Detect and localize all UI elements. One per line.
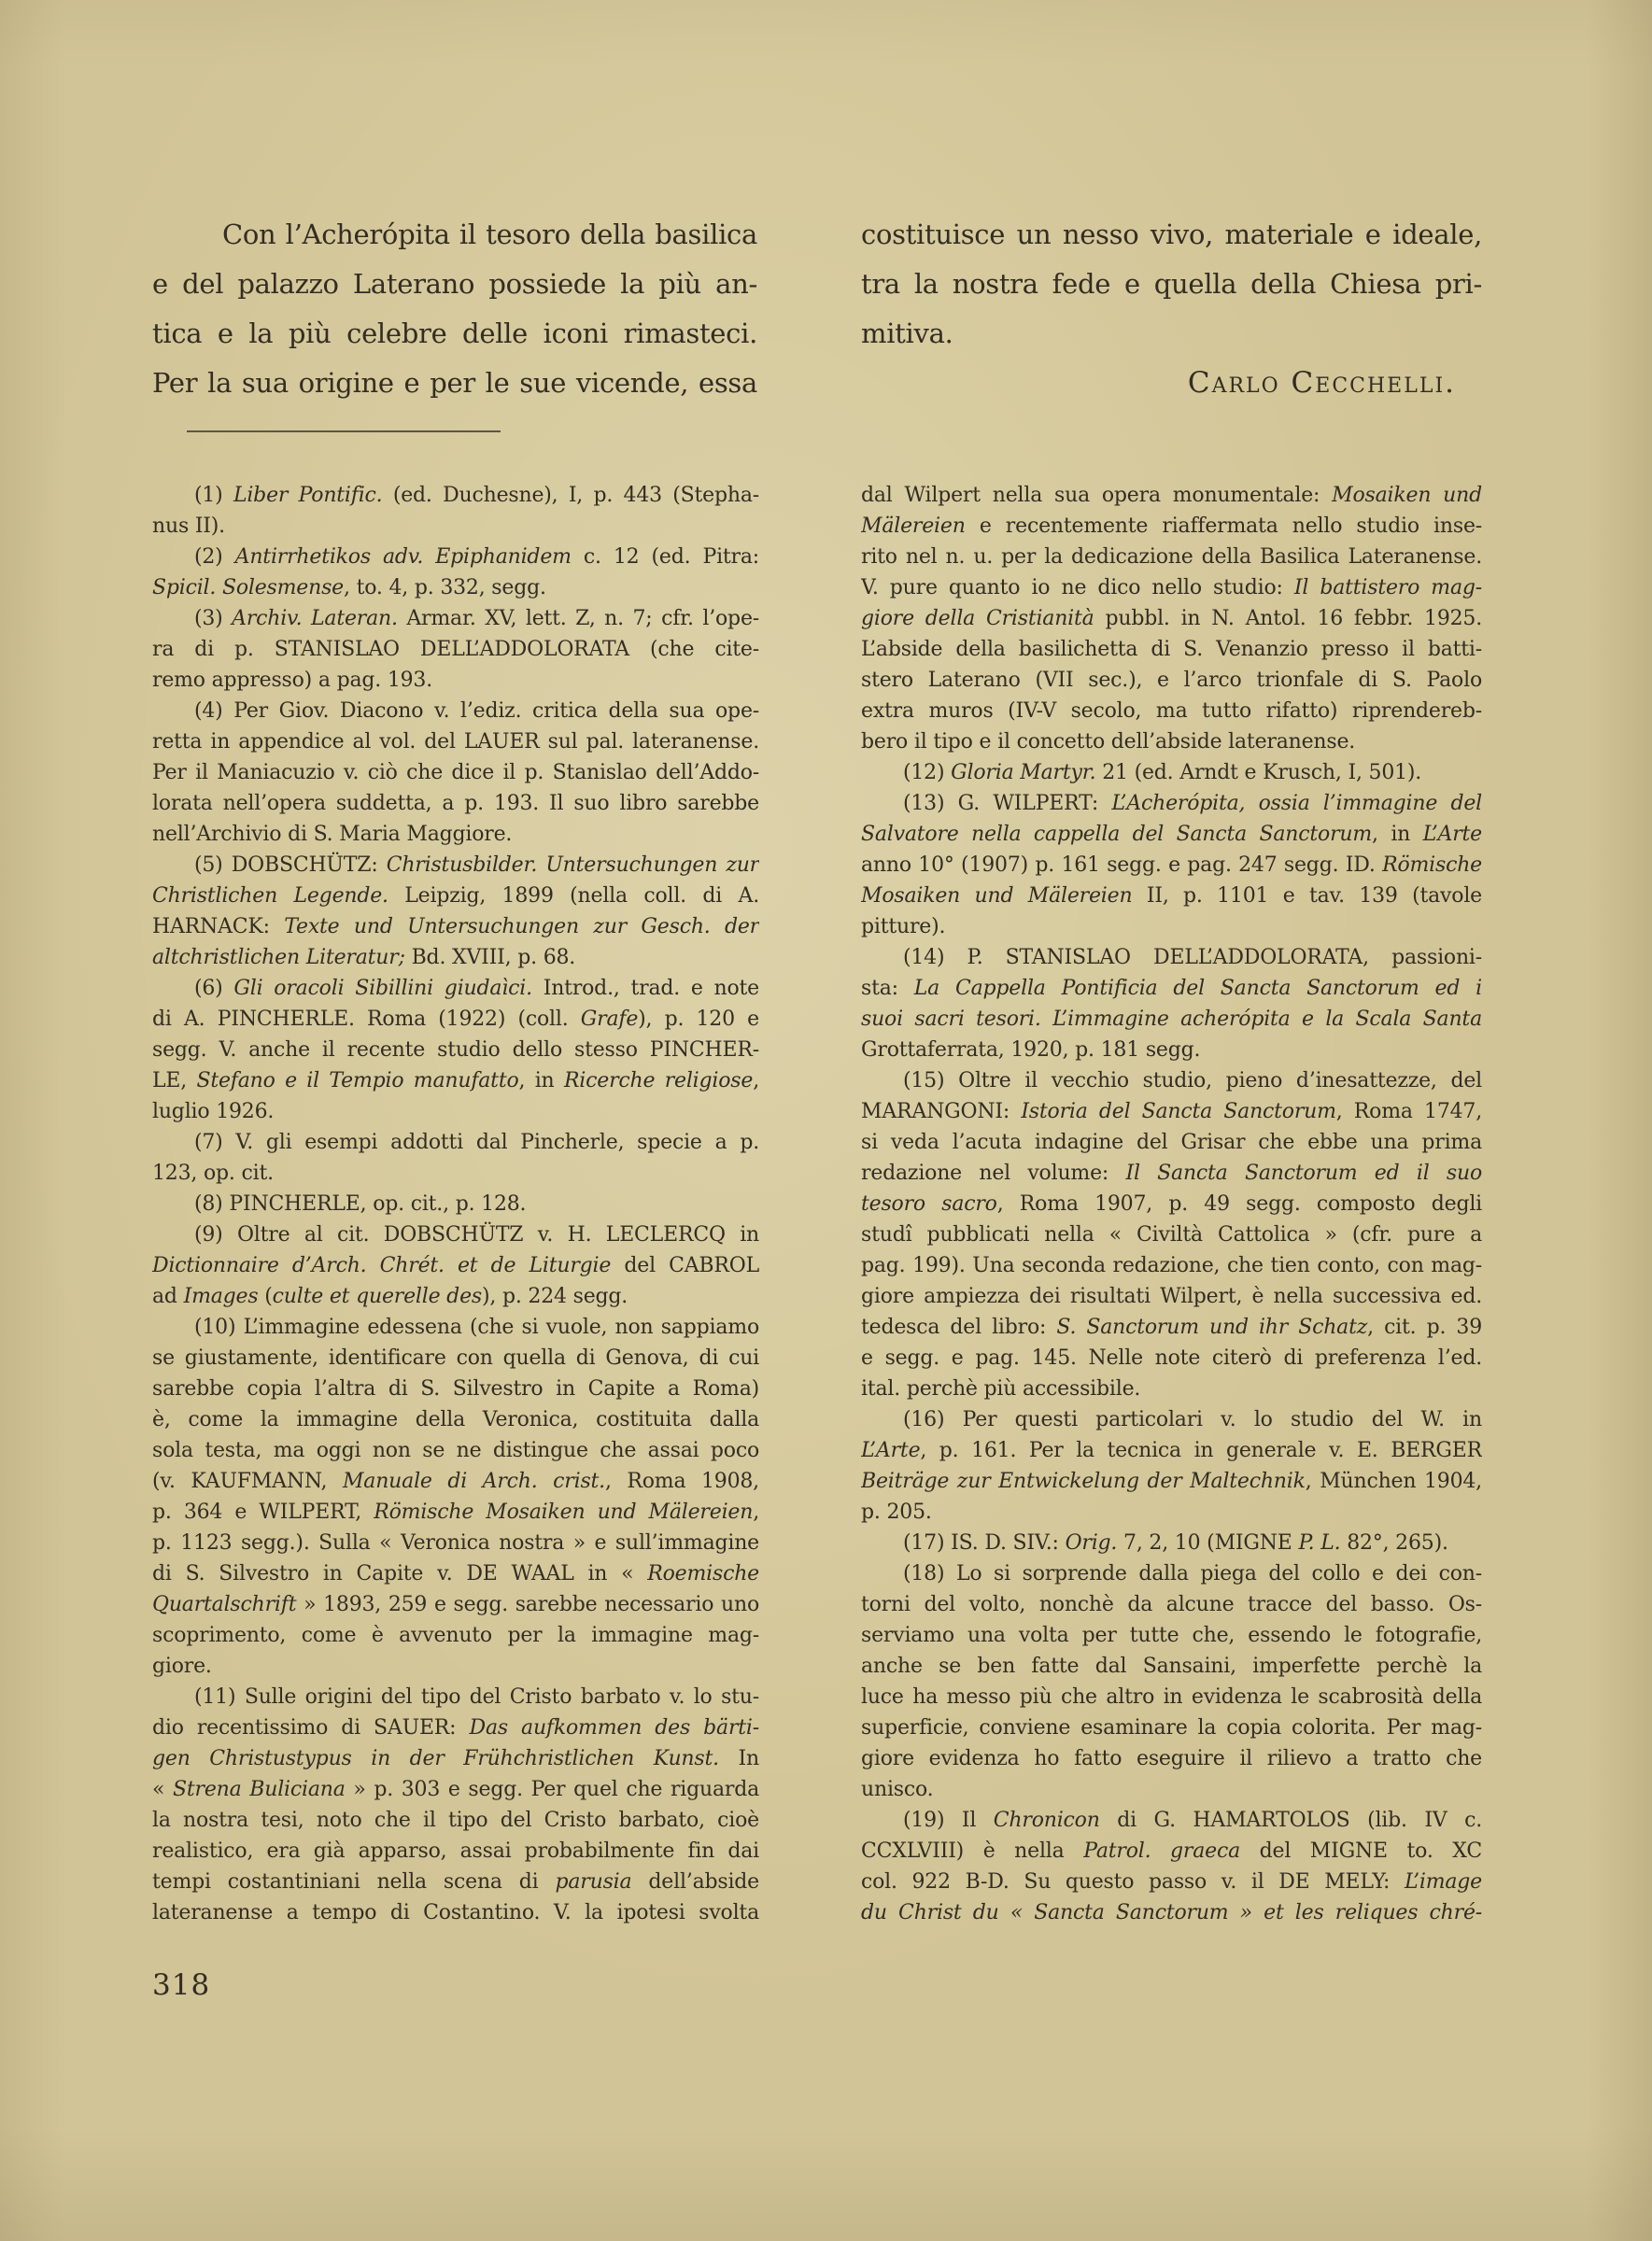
text-segment: sola testa, ma oggi non se ne distingue … — [152, 1439, 759, 1462]
footnote-line: (13) G. WILPERT: L’Acherópita, ossia l’i… — [861, 788, 1482, 819]
text-segment: (3) — [194, 607, 232, 630]
text-segment: Il Sancta Sanctorum ed il suo — [1125, 1162, 1482, 1185]
footnote-line: redazione nel volume: Il Sancta Sanctoru… — [861, 1158, 1482, 1189]
footnote-line: e segg. e pag. 145. Nelle note citerò di… — [861, 1343, 1482, 1374]
text-segment: scoprimento, come è avvenuto per la imma… — [152, 1624, 759, 1647]
footnote-line: giore ampiezza dei risultati Wilpert, è … — [861, 1281, 1482, 1312]
text-segment: gen Christustypus in der Frühchristliche… — [152, 1747, 719, 1770]
footnote-line: superficie, conviene esaminare la copia … — [861, 1712, 1482, 1743]
text-segment: col. 922 B-D. Su questo passo v. il DE M… — [861, 1870, 1405, 1894]
footnote-line: p. 1123 segg.). Sulla « Veronica nostra … — [152, 1528, 759, 1558]
footnote-line: di S. Silvestro in Capite v. DE WAAL in … — [152, 1558, 759, 1589]
text-segment: Orig. — [1066, 1531, 1118, 1555]
text-segment: Das aufkommen des bärti- — [470, 1716, 760, 1740]
footnote: (1) Liber Pontific. (ed. Duchesne), I, p… — [152, 480, 759, 542]
footnote-line: tedesca del libro: S. Sanctorum und ihr … — [861, 1312, 1482, 1343]
text-segment: Christusbilder. Untersuchungen zur — [387, 853, 759, 877]
footnote-line: (5) DOBSCHÜTZ: Christusbilder. Untersuch… — [152, 850, 759, 881]
footnote-line: studî pubblicati nella « Civiltà Cattoli… — [861, 1219, 1482, 1250]
text-segment: (8) PINCHERLE, op. cit., p. 128. — [194, 1192, 526, 1216]
text-segment: superficie, conviene esaminare la copia … — [861, 1716, 1482, 1740]
footnote-line: di A. PINCHERLE. Roma (1922) (coll. Graf… — [152, 1004, 759, 1035]
text-segment: di G. HAMARTOLOS (lib. IV c. — [1100, 1809, 1482, 1832]
text-segment: 21 (ed. Arndt e Krusch, I, 501). — [1095, 761, 1421, 784]
text-segment: Leipzig, 1899 (nella coll. di A. — [388, 884, 759, 908]
text-segment: « — [152, 1778, 173, 1801]
footnote-line: ad Images (culte et querelle des), p. 22… — [152, 1281, 759, 1312]
footnote: (5) DOBSCHÜTZ: Christusbilder. Untersuch… — [152, 850, 759, 973]
footnote-line: Salvatore nella cappella del Sancta Sanc… — [861, 819, 1482, 850]
text-segment: Salvatore nella cappella del Sancta Sanc… — [861, 823, 1372, 846]
text-segment: p. 364 e WILPERT, — [152, 1501, 374, 1524]
text-segment: ad — [152, 1285, 184, 1308]
footnote-line: tempi costantiniani nella scena di parus… — [152, 1867, 759, 1897]
footnote-line: extra muros (IV-V secolo, ma tutto rifat… — [861, 696, 1482, 726]
footnote-line: Beiträge zur Entwickelung der Maltechnik… — [861, 1466, 1482, 1497]
text-segment: anno 10° (1907) p. 161 segg. e pag. 247 … — [861, 853, 1382, 877]
text-segment: La Cappella Pontificia del Sancta Sancto… — [914, 977, 1482, 1000]
footnote-line: anche se ben fatte dal Sansaini, imperfe… — [861, 1651, 1482, 1682]
footnote-line: stero Laterano (VII sec.), e l’arco trio… — [861, 665, 1482, 696]
text-segment: Per la sua origine e per le sue vicende,… — [152, 367, 757, 399]
text-segment: Il battistero mag- — [1294, 576, 1482, 599]
text-segment: pubbl. in N. Antol. 16 febbr. 1925. — [1094, 607, 1482, 630]
footnote-line: la nostra tesi, noto che il tipo del Cri… — [152, 1805, 759, 1836]
footnote-line: retta in appendice al vol. del LAUER sul… — [152, 726, 759, 757]
footnote-line: altchristlichen Literatur; Bd. XVIII, p.… — [152, 942, 759, 973]
footnote: (4) Per Giov. Diacono v. l’ediz. critica… — [152, 696, 759, 850]
text-segment: Roemische — [647, 1562, 759, 1586]
text-segment: redazione nel volume: — [861, 1162, 1125, 1185]
footnote-line: (16) Per questi particolari v. lo studio… — [861, 1404, 1482, 1435]
footnote-line: (2) Antirrhetikos adv. Epiphanidem c. 12… — [152, 542, 759, 572]
text-segment: , Roma 1908, — [605, 1470, 759, 1493]
footnote-line: MARANGONI: Istoria del Sancta Sanctorum,… — [861, 1096, 1482, 1127]
footnote-line: dal Wilpert nella sua opera monumentale:… — [861, 480, 1482, 511]
text-segment: (17) IS. D. SIV.: — [903, 1531, 1066, 1555]
footnote-line: remo appresso) a pag. 193. — [152, 665, 759, 696]
text-segment: Beiträge zur Entwickelung der Maltechnik — [861, 1470, 1306, 1493]
footnote-line: lorata nell’opera suddetta, a p. 193. Il… — [152, 788, 759, 819]
footnote-line: (12) Gloria Martyr. 21 (ed. Arndt e Krus… — [861, 757, 1482, 788]
text-segment: (19) Il — [903, 1809, 994, 1832]
footnote-line: (8) PINCHERLE, op. cit., p. 128. — [152, 1189, 759, 1219]
text-segment: (4) Per Giov. Diacono v. l’ediz. critica… — [194, 699, 759, 723]
intro-right-paragraph: costituisce un nesso vivo, materiale e i… — [861, 210, 1482, 359]
text-segment: tra la nostra fede e quella della Chiesa… — [861, 268, 1482, 300]
text-segment: 123, op. cit. — [152, 1162, 274, 1185]
footnote-line: ital. perchè più accessibile. — [861, 1374, 1482, 1404]
text-segment: e del palazzo Laterano possiede la più a… — [152, 268, 757, 300]
text-segment: (ed. Duchesne), I, p. 443 (Stepha- — [382, 484, 759, 507]
footnote-line: LE, Stefano e il Tempio manufatto, in Ri… — [152, 1065, 759, 1096]
intro-text-line: tra la nostra fede e quella della Chiesa… — [861, 260, 1482, 309]
text-segment: L’Acherópita, ossia l’immagine del — [1111, 792, 1482, 815]
footnote-line: scoprimento, come è avvenuto per la imma… — [152, 1620, 759, 1651]
text-segment: Bd. XVIII, p. 68. — [405, 946, 575, 969]
text-segment: ), p. 120 e — [638, 1008, 759, 1031]
intro-text-line: costituisce un nesso vivo, materiale e i… — [861, 210, 1482, 260]
text-segment: torni del volto, nonchè da alcune tracce… — [861, 1593, 1482, 1616]
footnote-line: Dictionnaire d’Arch. Chrét. et de Liturg… — [152, 1250, 759, 1281]
footnote-line: gen Christustypus in der Frühchristliche… — [152, 1743, 759, 1774]
text-segment: II, p. 1101 e tav. 139 (tavole — [1132, 884, 1482, 908]
text-segment: Antirrhetikos adv. Epiphanidem — [235, 545, 572, 569]
text-segment: e segg. e pag. 145. Nelle note citerò di… — [861, 1346, 1482, 1370]
footnote-line: V. pure quanto io ne dico nello studio: … — [861, 572, 1482, 603]
footnote-line: (3) Archiv. Lateran. Armar. XV, lett. Z,… — [152, 603, 759, 634]
footnote-line: 123, op. cit. — [152, 1158, 759, 1189]
footnote-line: Christlichen Legende. Leipzig, 1899 (nel… — [152, 881, 759, 911]
footnote-line: (14) P. STANISLAO DELL’ADDOLORATA, passi… — [861, 942, 1482, 973]
footnote-line: luce ha messo più che altro in evidenza … — [861, 1682, 1482, 1712]
text-segment: dell’abside — [631, 1870, 759, 1894]
text-segment: In — [719, 1747, 759, 1770]
text-segment: serviamo una volta per tutte che, essend… — [861, 1624, 1482, 1647]
text-segment: (10) L’immagine edessena (che si vuole, … — [194, 1316, 759, 1339]
text-segment: ( — [258, 1285, 272, 1308]
page-number: 318 — [152, 1968, 210, 2002]
text-segment: Strena Buliciana — [173, 1778, 346, 1801]
text-segment: luglio 1926. — [152, 1100, 274, 1123]
text-segment: giore ampiezza dei risultati Wilpert, è … — [861, 1285, 1482, 1308]
footnotes-left-column: (1) Liber Pontific. (ed. Duchesne), I, p… — [152, 480, 759, 1928]
text-segment: L’Arte — [861, 1439, 920, 1462]
text-segment: Mosaiken und — [1332, 484, 1482, 507]
text-segment: giore della Cristianità — [861, 607, 1094, 630]
footnote: (16) Per questi particolari v. lo studio… — [861, 1404, 1482, 1528]
text-segment: bero il tipo e il concetto dell’abside l… — [861, 730, 1355, 754]
footnote-line: (18) Lo si sorprende dalla piega del col… — [861, 1558, 1482, 1589]
text-segment: Patrol. graeca — [1083, 1839, 1240, 1863]
text-segment: ital. perchè più accessibile. — [861, 1377, 1140, 1401]
footnote-line: suoi sacri tesori. L’immagine acherópita… — [861, 1004, 1482, 1035]
footnote-line: serviamo una volta per tutte che, essend… — [861, 1620, 1482, 1651]
text-segment: la nostra tesi, noto che il tipo del Cri… — [152, 1809, 759, 1832]
text-segment: ), p. 224 segg. — [482, 1285, 628, 1308]
text-segment: luce ha messo più che altro in evidenza … — [861, 1685, 1482, 1709]
text-segment: nell’Archivio di S. Maria Maggiore. — [152, 823, 512, 846]
footnote-line: (19) Il Chronicon di G. HAMARTOLOS (lib.… — [861, 1805, 1482, 1836]
text-segment: Stefano e il Tempio manufatto — [196, 1069, 518, 1092]
text-segment: (12) — [903, 761, 951, 784]
text-segment: Gloria Martyr. — [951, 761, 1095, 784]
text-segment: Archiv. Lateran. — [232, 607, 398, 630]
text-segment: del CABROL — [611, 1254, 759, 1277]
text-segment: Dictionnaire d’Arch. Chrét. et de Liturg… — [152, 1254, 611, 1277]
footnote: (2) Antirrhetikos adv. Epiphanidem c. 12… — [152, 542, 759, 603]
text-segment: L’Arte — [1423, 823, 1482, 846]
text-segment: Chronicon — [994, 1809, 1100, 1832]
footnote-line: bero il tipo e il concetto dell’abside l… — [861, 726, 1482, 757]
text-segment: costituisce un nesso vivo, materiale e i… — [861, 218, 1482, 250]
text-segment: di A. PINCHERLE. Roma (1922) (coll. — [152, 1008, 581, 1031]
intro-text-line: e del palazzo Laterano possiede la più a… — [152, 260, 757, 309]
text-segment: Con l’Acherópita il tesoro della basilic… — [222, 218, 757, 250]
text-segment: (14) P. STANISLAO DELL’ADDOLORATA, passi… — [903, 946, 1482, 969]
text-segment: si veda l’acuta indagine del Grisar che … — [861, 1131, 1482, 1154]
footnote-line: segg. V. anche il recente studio dello s… — [152, 1035, 759, 1065]
footnote-line: sta: La Cappella Pontificia del Sancta S… — [861, 973, 1482, 1004]
text-segment: Manuale di Arch. crist. — [343, 1470, 605, 1493]
text-segment: 82°, 265). — [1340, 1531, 1447, 1555]
footnote-line: « Strena Buliciana » p. 303 e segg. Per … — [152, 1774, 759, 1805]
footnote-line: p. 364 e WILPERT, Römische Mosaiken und … — [152, 1497, 759, 1528]
text-segment: Liber Pontific. — [233, 484, 383, 507]
text-segment: Römische — [1382, 853, 1482, 877]
text-segment: CCXLVIII) è nella — [861, 1839, 1083, 1863]
text-segment: , in — [519, 1069, 564, 1092]
text-segment: , to. 4, p. 332, segg. — [344, 576, 546, 599]
text-segment: Armar. XV, lett. Z, n. 7; cfr. l’ope- — [398, 607, 759, 630]
text-segment: (v. KAUFMANN, — [152, 1470, 343, 1493]
footnote-line: anno 10° (1907) p. 161 segg. e pag. 247 … — [861, 850, 1482, 881]
text-segment: parusia — [556, 1870, 632, 1894]
footnote-line: du Christ du « Sancta Sanctorum » et les… — [861, 1897, 1482, 1928]
footnote-line: unisco. — [861, 1774, 1482, 1805]
text-segment: rito nel n. u. per la dedicazione della … — [861, 545, 1482, 569]
text-segment: , p. 161. Per la tecnica in generale v. … — [920, 1439, 1482, 1462]
footnote-line: giore della Cristianità pubbl. in N. Ant… — [861, 603, 1482, 634]
text-segment: giore evidenza ho fatto eseguire il rili… — [861, 1747, 1482, 1770]
text-segment: retta in appendice al vol. del LAUER sul… — [152, 730, 759, 754]
footnote-divider-rule — [187, 430, 501, 432]
text-segment: (16) Per questi particolari v. lo studio… — [903, 1408, 1482, 1431]
footnote-line: lateranense a tempo di Costantino. V. la… — [152, 1897, 759, 1928]
text-segment: se giustamente, identificare con quella … — [152, 1346, 759, 1370]
footnote: dal Wilpert nella sua opera monumentale:… — [861, 480, 1482, 757]
footnote-line: (17) IS. D. SIV.: Orig. 7, 2, 10 (MIGNE … — [861, 1528, 1482, 1558]
footnote: (19) Il Chronicon di G. HAMARTOLOS (lib.… — [861, 1805, 1482, 1928]
text-segment: altchristlichen Literatur; — [152, 946, 405, 969]
text-segment: realistico, era già apparso, assai proba… — [152, 1839, 759, 1863]
text-segment: LE, — [152, 1069, 196, 1092]
footnote: (7) V. gli esempi addotti dal Pincherle,… — [152, 1127, 759, 1189]
footnote-line: (10) L’immagine edessena (che si vuole, … — [152, 1312, 759, 1343]
text-segment: Per il Maniacuzio v. ciò che dice il p. … — [152, 761, 759, 784]
text-segment: unisco. — [861, 1778, 933, 1801]
footnote-line: luglio 1926. — [152, 1096, 759, 1127]
footnote-line: L’Arte, p. 161. Per la tecnica in genera… — [861, 1435, 1482, 1466]
footnote: (15) Oltre il vecchio studio, pieno d’in… — [861, 1065, 1482, 1404]
text-segment: Quartalschrift — [152, 1593, 296, 1616]
footnote-line: torni del volto, nonchè da alcune tracce… — [861, 1589, 1482, 1620]
footnote-line: dio recentissimo di SAUER: Das aufkommen… — [152, 1712, 759, 1743]
intro-text-line: Con l’Acherópita il tesoro della basilic… — [152, 210, 757, 260]
text-segment: 7, 2, 10 (MIGNE — [1117, 1531, 1298, 1555]
text-segment: e recentemente riaffermata nello studio … — [966, 514, 1482, 538]
text-segment: Texte und Untersuchungen zur Gesch. der — [284, 915, 759, 938]
text-segment: , — [753, 1501, 759, 1524]
text-segment: (11) Sulle origini del tipo del Cristo b… — [194, 1685, 759, 1709]
text-segment: , cit. p. 39 — [1367, 1316, 1482, 1339]
footnote-line: realistico, era già apparso, assai proba… — [152, 1836, 759, 1867]
footnote-line: Spicil. Solesmense, to. 4, p. 332, segg. — [152, 572, 759, 603]
intro-text-line: tica e la più celebre delle iconi rimast… — [152, 309, 757, 359]
footnote-line: Quartalschrift » 1893, 259 e segg. sareb… — [152, 1589, 759, 1620]
text-segment: del MIGNE to. XC — [1240, 1839, 1482, 1863]
text-segment: (2) — [194, 545, 235, 569]
footnote: (11) Sulle origini del tipo del Cristo b… — [152, 1682, 759, 1928]
text-segment: , in — [1372, 823, 1423, 846]
footnote-line: sarebbe copia l’altra di S. Silvestro in… — [152, 1374, 759, 1404]
intro-text-line: mitiva. — [861, 309, 1482, 359]
text-segment: c. 12 (ed. Pitra: — [572, 545, 759, 569]
text-segment: tedesca del libro: — [861, 1316, 1056, 1339]
footnote-line: col. 922 B-D. Su questo passo v. il DE M… — [861, 1867, 1482, 1897]
footnote-line: Mälereien e recentemente riaffermata nel… — [861, 511, 1482, 542]
footnote-line: pag. 199). Una seconda redazione, che ti… — [861, 1250, 1482, 1281]
text-segment: MARANGONI: — [861, 1100, 1021, 1123]
footnote: (17) IS. D. SIV.: Orig. 7, 2, 10 (MIGNE … — [861, 1528, 1482, 1558]
text-segment: L’image — [1405, 1870, 1482, 1894]
intro-right-column: costituisce un nesso vivo, materiale e i… — [861, 210, 1482, 408]
text-segment: studî pubblicati nella « Civiltà Cattoli… — [861, 1223, 1482, 1247]
text-segment: L’abside della basilichetta di S. Venanz… — [861, 638, 1482, 661]
footnote-line: Per il Maniacuzio v. ciò che dice il p. … — [152, 757, 759, 788]
footnote: (10) L’immagine edessena (che si vuole, … — [152, 1312, 759, 1682]
footnote-line: nell’Archivio di S. Maria Maggiore. — [152, 819, 759, 850]
footnote-line: L’abside della basilichetta di S. Venanz… — [861, 634, 1482, 665]
footnote-line: ra di p. STANISLAO DELL’ADDOLORATA (che … — [152, 634, 759, 665]
text-segment: (7) V. gli esempi addotti dal Pincherle,… — [194, 1131, 759, 1154]
text-segment: Grafe — [581, 1008, 638, 1031]
text-segment: Istoria del Sancta Sanctorum — [1021, 1100, 1335, 1123]
text-segment: P. L. — [1298, 1531, 1340, 1555]
text-segment: Spicil. Solesmense — [152, 576, 344, 599]
footnote-line: è, come la immagine della Veronica, cost… — [152, 1404, 759, 1435]
text-segment: Mosaiken und Mälereien — [861, 884, 1132, 908]
text-segment: dio recentissimo di SAUER: — [152, 1716, 470, 1740]
text-segment: segg. V. anche il recente studio dello s… — [152, 1038, 759, 1062]
scanned-book-page: Con l’Acherópita il tesoro della basilic… — [0, 0, 1652, 2241]
text-segment: tempi costantiniani nella scena di — [152, 1870, 556, 1894]
footnote: (9) Oltre al cit. DOBSCHÜTZ v. H. LECLER… — [152, 1219, 759, 1312]
footnote: (13) G. WILPERT: L’Acherópita, ossia l’i… — [861, 788, 1482, 942]
text-segment: , München 1904, — [1306, 1470, 1482, 1493]
footnote: (14) P. STANISLAO DELL’ADDOLORATA, passi… — [861, 942, 1482, 1065]
text-segment: è, come la immagine della Veronica, cost… — [152, 1408, 759, 1431]
text-segment: Gli oracoli Sibillini giudaìci. — [233, 977, 531, 1000]
text-segment: suoi sacri tesori. L’immagine acherópita… — [861, 1008, 1482, 1031]
text-segment: » 1893, 259 e segg. sarebbe necessario u… — [296, 1593, 759, 1616]
text-segment: sarebbe copia l’altra di S. Silvestro in… — [152, 1377, 759, 1401]
footnote: (6) Gli oracoli Sibillini giudaìci. Intr… — [152, 973, 759, 1127]
author-signature: Carlo Cecchelli. — [861, 359, 1482, 408]
footnote-line: (6) Gli oracoli Sibillini giudaìci. Intr… — [152, 973, 759, 1004]
footnote-line: (4) Per Giov. Diacono v. l’ediz. critica… — [152, 696, 759, 726]
footnote-line: p. 205. — [861, 1497, 1482, 1528]
text-segment: extra muros (IV-V secolo, ma tutto rifat… — [861, 699, 1482, 723]
text-segment: pag. 199). Una seconda redazione, che ti… — [861, 1254, 1482, 1277]
footnote-line: Mosaiken und Mälereien II, p. 1101 e tav… — [861, 881, 1482, 911]
text-segment: Römische Mosaiken und Mälereien — [374, 1501, 753, 1524]
text-segment: (6) — [194, 977, 233, 1000]
text-segment: du Christ du « Sancta Sanctorum » et les… — [861, 1901, 1482, 1924]
text-segment: p. 205. — [861, 1501, 932, 1524]
text-segment: culte et querelle des — [273, 1285, 482, 1308]
text-segment: ra di p. STANISLAO DELL’ADDOLORATA (che … — [152, 638, 759, 661]
text-segment: Mälereien — [861, 514, 966, 538]
text-segment: (13) G. WILPERT: — [903, 792, 1111, 815]
text-segment: p. 1123 segg.). Sulla « Veronica nostra … — [152, 1531, 759, 1555]
text-segment: , Roma 1907, p. 49 segg. composto degli — [997, 1192, 1482, 1216]
footnote-line: tesoro sacro, Roma 1907, p. 49 segg. com… — [861, 1189, 1482, 1219]
text-segment: sta: — [861, 977, 914, 1000]
text-segment: V. pure quanto io ne dico nello studio: — [861, 576, 1294, 599]
text-segment: lateranense a tempo di Costantino. V. la… — [152, 1901, 759, 1924]
text-segment: , Roma 1747, — [1336, 1100, 1482, 1123]
footnotes-right-column: dal Wilpert nella sua opera monumentale:… — [861, 480, 1482, 1928]
text-segment: Christlichen Legende. — [152, 884, 388, 908]
footnote-line: (15) Oltre il vecchio studio, pieno d’in… — [861, 1065, 1482, 1096]
footnote: (3) Archiv. Lateran. Armar. XV, lett. Z,… — [152, 603, 759, 696]
footnote-line: Grottaferrata, 1920, p. 181 segg. — [861, 1035, 1482, 1065]
text-segment: , — [753, 1069, 759, 1092]
text-segment: » p. 303 e segg. Per quel che riguarda — [346, 1778, 759, 1801]
text-segment: (18) Lo si sorprende dalla piega del col… — [903, 1562, 1482, 1586]
intro-left-column: Con l’Acherópita il tesoro della basilic… — [152, 210, 757, 408]
text-segment: dal Wilpert nella sua opera monumentale: — [861, 484, 1332, 507]
text-segment: (1) — [194, 484, 233, 507]
footnote: (8) PINCHERLE, op. cit., p. 128. — [152, 1189, 759, 1219]
footnote-line: giore evidenza ho fatto eseguire il rili… — [861, 1743, 1482, 1774]
text-segment: Introd., trad. e note — [532, 977, 759, 1000]
text-segment: giore. — [152, 1655, 212, 1678]
text-segment: tesoro sacro — [861, 1192, 997, 1216]
text-segment: (15) Oltre il vecchio studio, pieno d’in… — [903, 1069, 1482, 1092]
footnote-line: (7) V. gli esempi addotti dal Pincherle,… — [152, 1127, 759, 1158]
footnote-line: (1) Liber Pontific. (ed. Duchesne), I, p… — [152, 480, 759, 511]
text-segment: lorata nell’opera suddetta, a p. 193. Il… — [152, 792, 759, 815]
footnote-line: HARNACK: Texte und Untersuchungen zur Ge… — [152, 911, 759, 942]
text-segment: nus II). — [152, 514, 225, 538]
text-segment: HARNACK: — [152, 915, 284, 938]
text-segment: Ricerche religiose — [564, 1069, 753, 1092]
footnote: (12) Gloria Martyr. 21 (ed. Arndt e Krus… — [861, 757, 1482, 788]
footnote-line: giore. — [152, 1651, 759, 1682]
text-segment: stero Laterano (VII sec.), e l’arco trio… — [861, 669, 1482, 692]
text-segment: Grottaferrata, 1920, p. 181 segg. — [861, 1038, 1200, 1062]
footnote-line: si veda l’acuta indagine del Grisar che … — [861, 1127, 1482, 1158]
intro-text-line: Per la sua origine e per le sue vicende,… — [152, 359, 757, 408]
footnote-line: (v. KAUFMANN, Manuale di Arch. crist., R… — [152, 1466, 759, 1497]
footnote-line: rito nel n. u. per la dedicazione della … — [861, 542, 1482, 572]
footnote-line: se giustamente, identificare con quella … — [152, 1343, 759, 1374]
text-segment: anche se ben fatte dal Sansaini, imperfe… — [861, 1655, 1482, 1678]
text-segment: di S. Silvestro in Capite v. DE WAAL in … — [152, 1562, 647, 1586]
footnote: (18) Lo si sorprende dalla piega del col… — [861, 1558, 1482, 1805]
text-segment: pitture). — [861, 915, 945, 938]
text-segment: (5) DOBSCHÜTZ: — [194, 853, 387, 877]
footnote-line: pitture). — [861, 911, 1482, 942]
text-segment: (9) Oltre al cit. DOBSCHÜTZ v. H. LECLER… — [194, 1223, 759, 1247]
text-segment: mitiva. — [861, 317, 953, 349]
text-segment: Images — [184, 1285, 259, 1308]
text-segment: remo appresso) a pag. 193. — [152, 669, 432, 692]
text-segment: S. Sanctorum und ihr Schatz — [1056, 1316, 1367, 1339]
footnote-line: nus II). — [152, 511, 759, 542]
footnote-line: (11) Sulle origini del tipo del Cristo b… — [152, 1682, 759, 1712]
text-segment: tica e la più celebre delle iconi rimast… — [152, 317, 757, 349]
footnote-line: (9) Oltre al cit. DOBSCHÜTZ v. H. LECLER… — [152, 1219, 759, 1250]
footnote-line: sola testa, ma oggi non se ne distingue … — [152, 1435, 759, 1466]
footnote-line: CCXLVIII) è nella Patrol. graeca del MIG… — [861, 1836, 1482, 1867]
